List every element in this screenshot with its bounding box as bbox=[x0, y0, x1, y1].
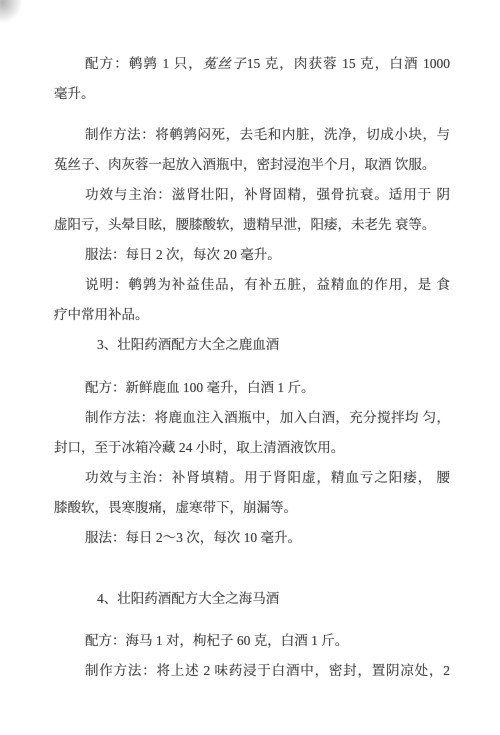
text-segment: 15 克，肉获蓉 15 克，白酒 1000 bbox=[247, 56, 450, 71]
page-corner-shadow bbox=[0, 0, 22, 23]
line-quail-ingredients-1: 配方：鹌鹑 1 只，菟丝子15 克，肉获蓉 15 克，白酒 1000 bbox=[54, 49, 450, 79]
line-quail-note-1: 说明：鹌鹑为补益佳品，有补五脏，益精血的作用，是 食 bbox=[54, 270, 450, 300]
line-quail-dosage: 服法：每日 2 次，每次 20 毫升。 bbox=[54, 240, 450, 270]
line-deer-dosage: 服法：每日 2～3 次，每次 10 毫升。 bbox=[54, 523, 450, 553]
document-page: 配方：鹌鹑 1 只，菟丝子15 克，肉获蓉 15 克，白酒 1000 毫升。 制… bbox=[0, 0, 500, 735]
line-deer-ingredients: 配方：新鲜鹿血 100 毫升，白酒 1 斤。 bbox=[54, 373, 450, 403]
herb-name-italic: 菟丝子 bbox=[203, 56, 247, 71]
line-quail-effects-1: 功效与主治：滋肾壮阳，补肾固精，强骨抗衰。适用于 阴 bbox=[54, 180, 450, 210]
heading-deer-blood-wine: 3、壮阳药酒配方大全之鹿血酒 bbox=[54, 330, 450, 360]
line-seahorse-ingredients: 配方：海马 1 对，枸杞子 60 克，白酒 1 斤。 bbox=[54, 626, 450, 656]
line-deer-method-2: 封口，至于冰箱冷藏 24 小时，取上清酒液饮用。 bbox=[54, 433, 450, 463]
line-deer-effects-2: 膝酸软，畏寒腹痛，虚寒带下，崩漏等。 bbox=[54, 493, 450, 523]
line-seahorse-method-1: 制作方法：将上述 2 味药浸于白酒中，密封，置阴凉处，2 bbox=[54, 656, 450, 686]
text-segment: 配方：鹌鹑 1 只， bbox=[85, 56, 203, 71]
line-quail-method-1: 制作方法：将鹌鹑闷死，去毛和内脏，洗净，切成小块，与 bbox=[54, 120, 450, 150]
line-deer-effects-1: 功效与主治：补肾填精。用于肾阳虚，精血亏之阳痿， 腰 bbox=[54, 463, 450, 493]
document-body: 配方：鹌鹑 1 只，菟丝子15 克，肉获蓉 15 克，白酒 1000 毫升。 制… bbox=[54, 49, 450, 686]
line-quail-effects-2: 虚阳亏，头晕目眩，腰膝酸软，遗精早泄，阳痿，未老先 衰等。 bbox=[54, 210, 450, 240]
line-deer-method-1: 制作方法：将鹿血注入酒瓶中，加入白酒，充分搅拌均 匀， bbox=[54, 403, 450, 433]
line-quail-ingredients-2: 毫升。 bbox=[54, 79, 450, 109]
line-quail-note-2: 疗中常用补品。 bbox=[54, 300, 450, 330]
line-quail-method-2: 菟丝子、肉灰蓉一起放入酒瓶中，密封浸泡半个月，取酒 饮服。 bbox=[54, 150, 450, 180]
heading-seahorse-wine: 4、壮阳药酒配方大全之海马酒 bbox=[54, 584, 450, 614]
